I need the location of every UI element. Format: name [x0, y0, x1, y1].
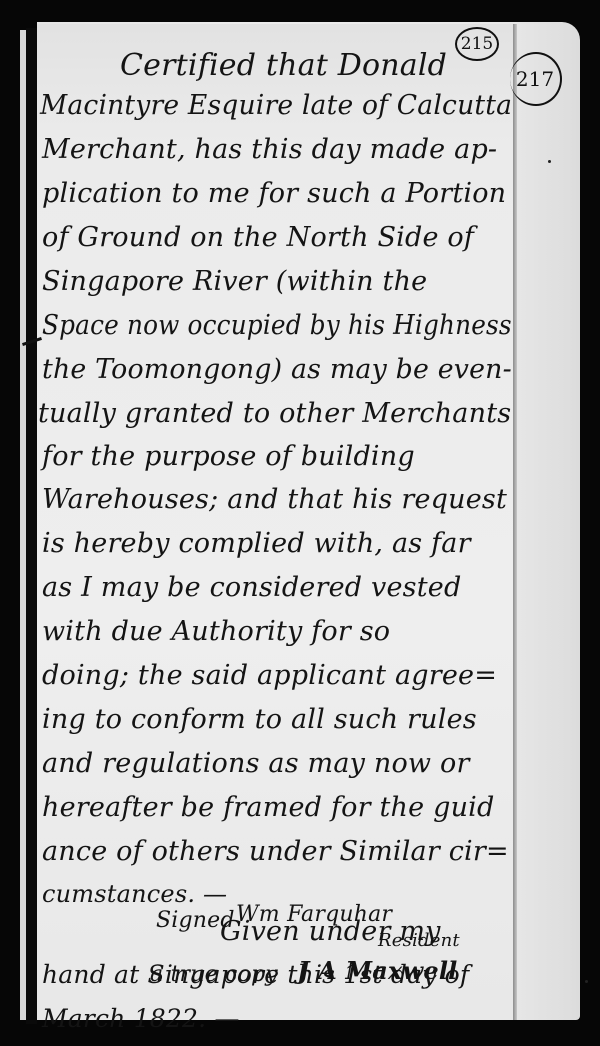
microfilm-scan: 215 217 Certified that Donald Macintyre …: [0, 0, 600, 1046]
body-line: with due Authority for so: [42, 616, 390, 647]
body-line: Warehouses; and that his request: [42, 484, 507, 515]
page-edge: [513, 24, 517, 1020]
attestation-label: a true copy: [150, 962, 278, 987]
scan-speck: [548, 160, 551, 163]
binding-shadow-bar: [26, 28, 37, 1024]
body-line: Macintyre Esquire late of Calcutta: [40, 90, 512, 121]
body-line: is hereby complied with, as far: [42, 528, 471, 559]
signatory-title: Resident: [378, 930, 460, 951]
body-line: doing; the said applicant agree=: [42, 660, 497, 691]
closing-date: March 1822. —: [42, 1004, 240, 1033]
folio-number-front: 215: [455, 27, 499, 61]
body-line: as I may be considered vested: [42, 572, 461, 603]
body-line: cumstances. —: [42, 880, 227, 908]
body-line: hereafter be framed for the guid: [42, 792, 494, 823]
body-line: tually granted to other Merchants: [38, 398, 511, 429]
folio-number-back: 217: [510, 52, 562, 106]
body-line: plication to me for such a Portion: [42, 178, 506, 209]
body-line: and regulations as may now or: [42, 748, 470, 779]
body-line: the Toomongong) as may be even-: [42, 354, 512, 385]
signatory-name: Wm Farquhar: [236, 902, 392, 927]
body-line: for the purpose of building: [42, 441, 415, 472]
body-line: ance of others under Similar cir=: [42, 836, 509, 867]
body-line: Merchant, has this day made ap-: [42, 134, 497, 165]
document-page: [37, 24, 517, 1020]
body-line: Space now occupied by his Highness: [42, 310, 512, 341]
body-line: Certified that Donald: [120, 48, 447, 83]
scan-speck: [585, 980, 588, 983]
signed-label: Signed: [156, 908, 235, 933]
attestation-name: J A Maxwell: [298, 956, 457, 985]
body-line: of Ground on the North Side of: [42, 222, 474, 253]
body-line: ing to conform to all such rules: [42, 704, 477, 735]
body-line: Singapore River (within the: [42, 266, 427, 297]
